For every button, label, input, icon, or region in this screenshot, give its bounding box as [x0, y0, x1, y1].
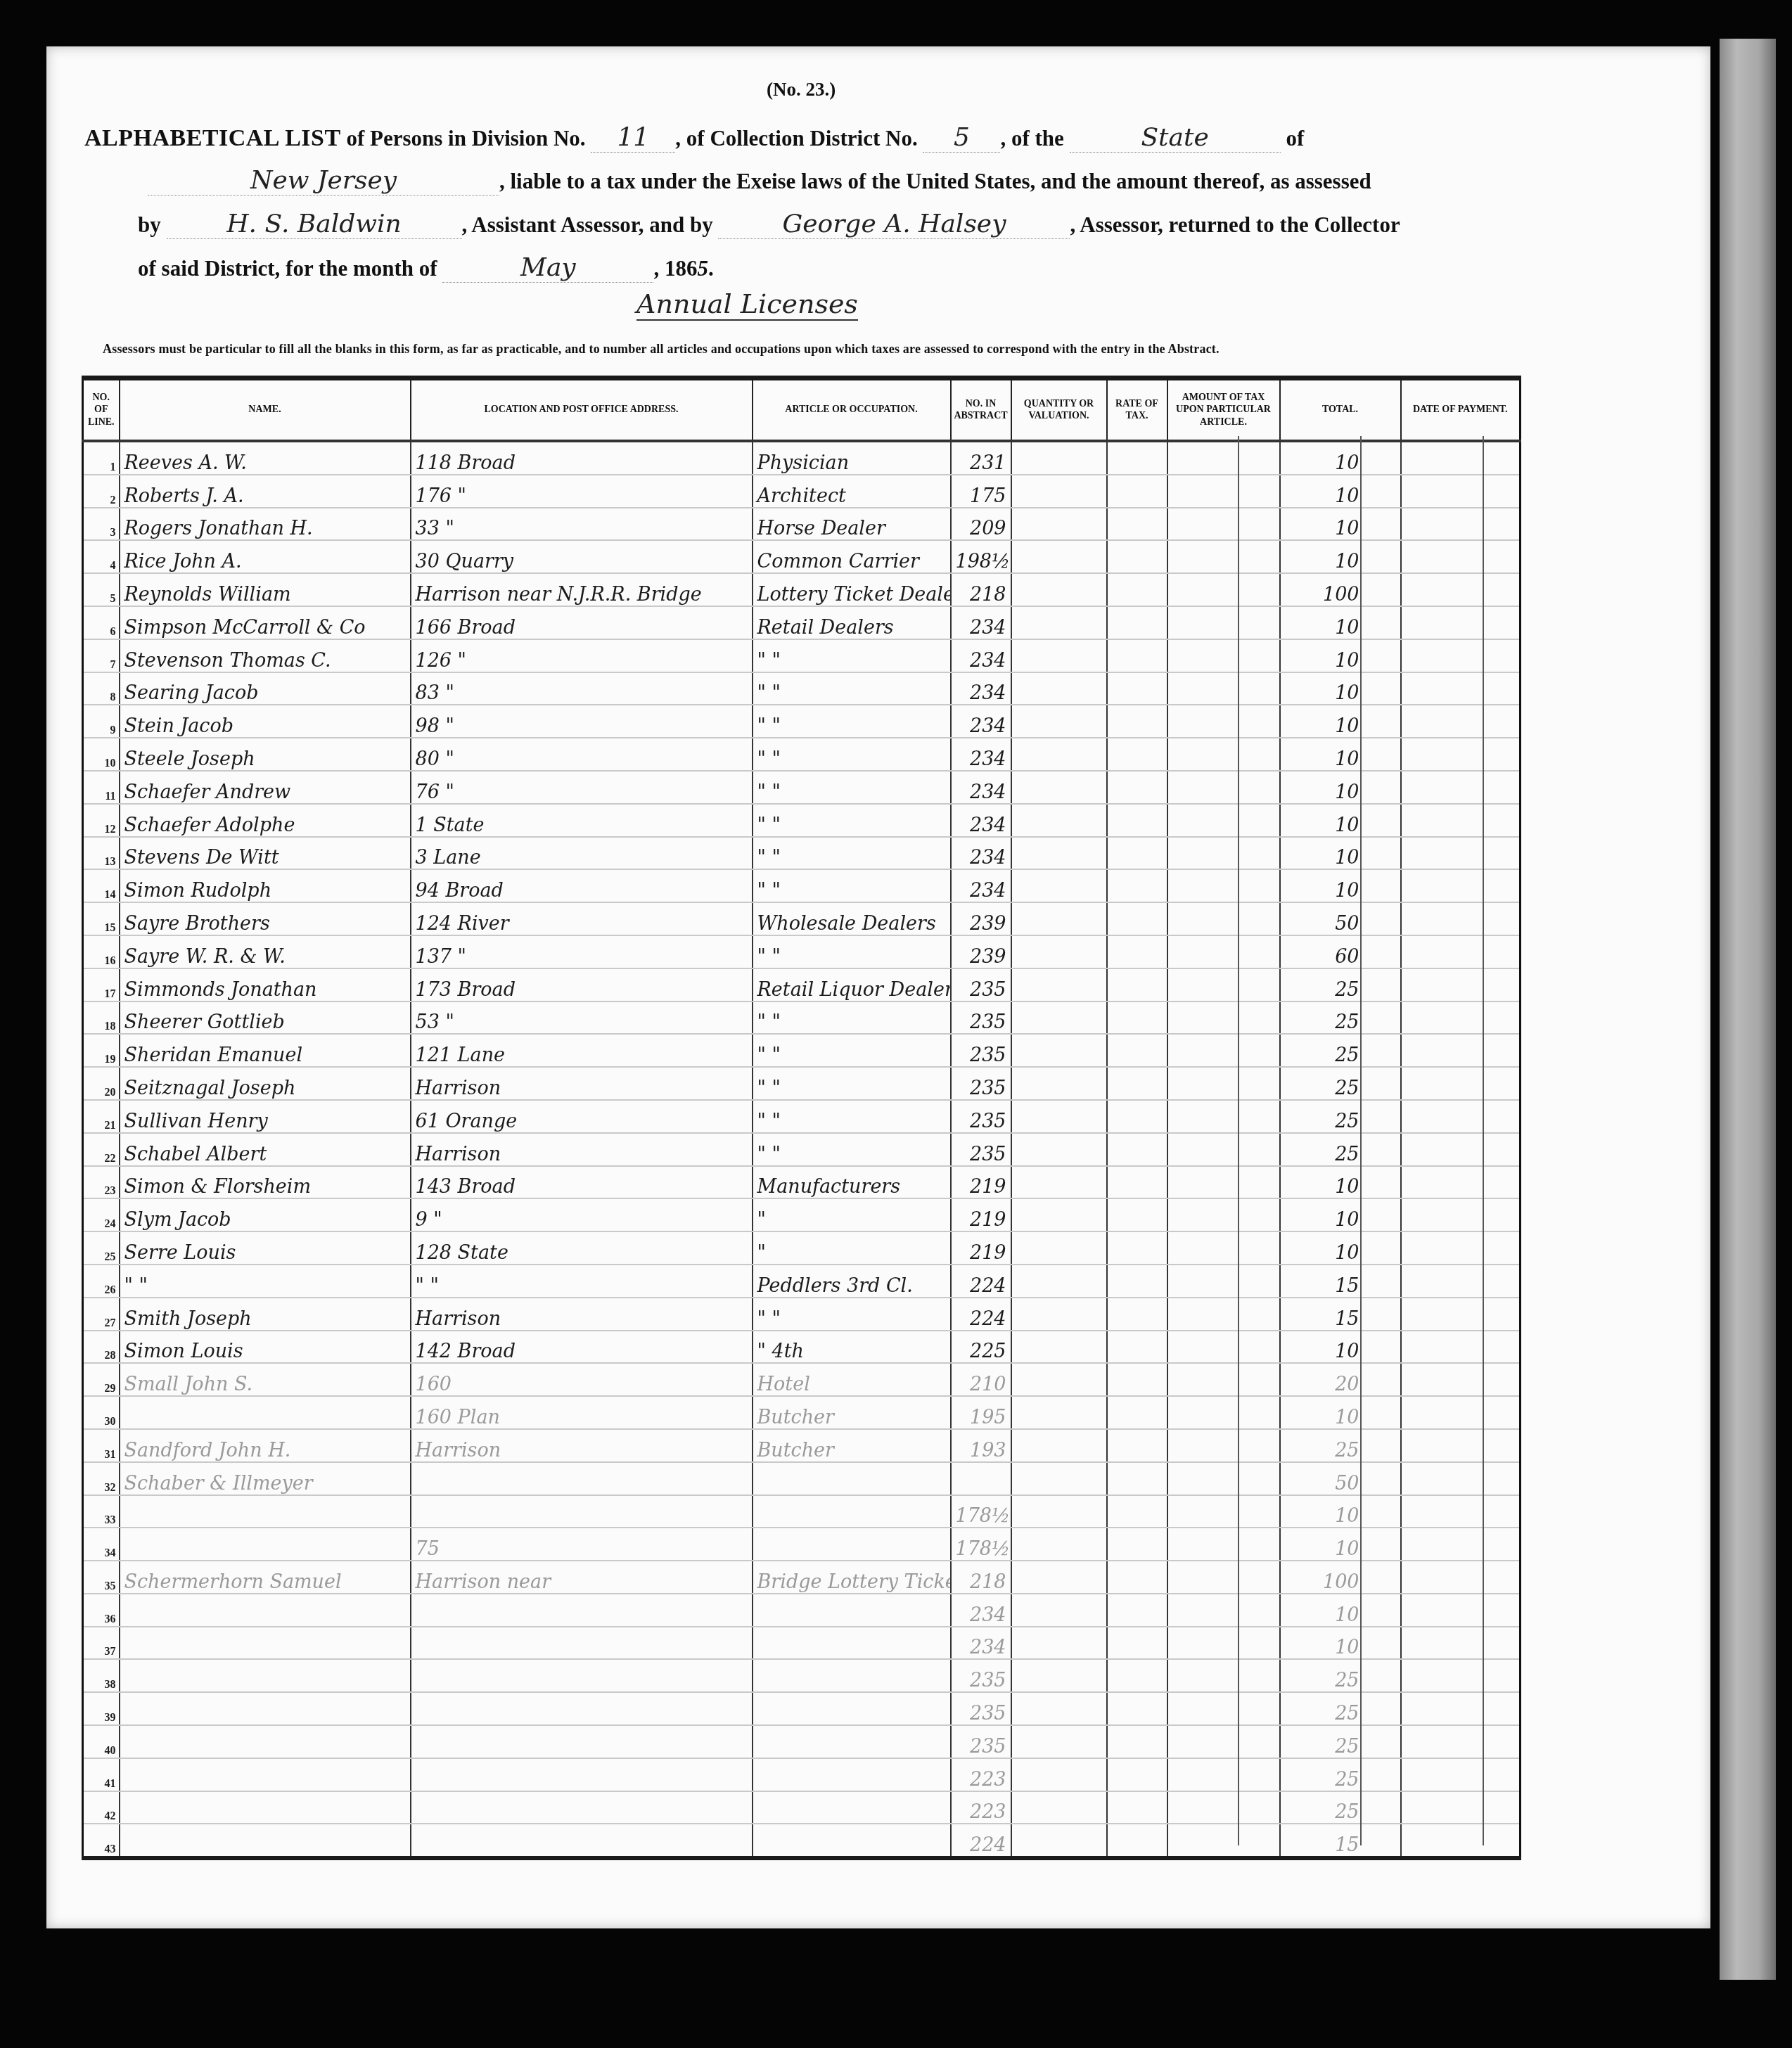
quantity-cell	[1011, 1363, 1107, 1396]
occupation-cell: " "	[753, 935, 951, 968]
abstract-no-cell: 234	[951, 837, 1011, 870]
rate-cell	[1107, 1659, 1167, 1692]
rate-cell	[1107, 902, 1167, 935]
line-number: 16	[83, 935, 120, 968]
total-cell: 25	[1280, 1692, 1401, 1725]
line-number: 40	[83, 1725, 120, 1758]
table-row: 8Searing Jacob83 "" "23410	[83, 672, 1521, 705]
line-number: 23	[83, 1166, 120, 1199]
rate-cell	[1107, 1396, 1167, 1429]
address-cell	[411, 1758, 753, 1791]
name-cell	[120, 1396, 411, 1429]
name-cell: Schermerhorn Samuel	[120, 1561, 411, 1594]
table-row: 35Schermerhorn SamuelHarrison nearBridge…	[83, 1561, 1521, 1594]
month-field: May	[442, 253, 653, 283]
line-number: 37	[83, 1627, 120, 1660]
line-number: 2	[83, 475, 120, 508]
line-number: 26	[83, 1265, 120, 1298]
line-number: 8	[83, 672, 120, 705]
line-number: 38	[83, 1659, 120, 1692]
occupation-cell	[753, 1725, 951, 1758]
assessor-field: George A. Halsey	[718, 210, 1070, 239]
table-row: 7Stevenson Thomas C.126 "" "23410	[83, 639, 1521, 672]
line-number: 4	[83, 540, 120, 573]
quantity-cell	[1011, 1133, 1107, 1166]
amount-cell	[1167, 1231, 1280, 1265]
quantity-cell	[1011, 804, 1107, 837]
total-cell: 10	[1280, 441, 1401, 475]
date-payment-cell	[1401, 705, 1521, 738]
col-header-quantity: Quantity or Valuation.	[1011, 378, 1107, 442]
date-payment-cell	[1401, 902, 1521, 935]
quantity-cell	[1011, 606, 1107, 639]
abstract-no-cell: 224	[951, 1824, 1011, 1858]
occupation-cell: "	[753, 1198, 951, 1231]
occupation-cell: " "	[753, 1034, 951, 1067]
total-cell: 10	[1280, 1528, 1401, 1561]
total-cell: 25	[1280, 1429, 1401, 1462]
line-number: 7	[83, 639, 120, 672]
quantity-cell	[1011, 1758, 1107, 1791]
date-payment-cell	[1401, 508, 1521, 541]
occupation-cell: Physician	[753, 441, 951, 475]
date-payment-cell	[1401, 935, 1521, 968]
total-cell: 10	[1280, 1594, 1401, 1627]
address-cell: 118 Broad	[411, 441, 753, 475]
total-cell: 25	[1280, 1133, 1401, 1166]
abstract-no-cell: 218	[951, 1561, 1011, 1594]
line-number: 12	[83, 804, 120, 837]
quantity-cell	[1011, 1100, 1107, 1133]
quantity-cell	[1011, 1001, 1107, 1035]
address-cell: 143 Broad	[411, 1166, 753, 1199]
occupation-cell	[753, 1824, 951, 1858]
table-row: 4322415	[83, 1824, 1521, 1858]
line-number: 43	[83, 1824, 120, 1858]
date-payment-cell	[1401, 1100, 1521, 1133]
abstract-no-cell: 234	[951, 705, 1011, 738]
rate-cell	[1107, 1594, 1167, 1627]
abstract-no-cell: 235	[951, 1692, 1011, 1725]
address-cell: 3 Lane	[411, 837, 753, 870]
quantity-cell	[1011, 1791, 1107, 1824]
total-cell: 10	[1280, 606, 1401, 639]
total-cell: 50	[1280, 902, 1401, 935]
address-cell: Harrison	[411, 1133, 753, 1166]
amount-cell	[1167, 1298, 1280, 1331]
line-number: 30	[83, 1396, 120, 1429]
occupation-cell	[753, 1692, 951, 1725]
address-cell: 124 River	[411, 902, 753, 935]
date-payment-cell	[1401, 1331, 1521, 1364]
date-payment-cell	[1401, 1692, 1521, 1725]
total-cell: 25	[1280, 1067, 1401, 1100]
address-cell	[411, 1824, 753, 1858]
table-row: 29Small John S.160Hotel21020	[83, 1363, 1521, 1396]
table-row: 23Simon & Florsheim143 BroadManufacturer…	[83, 1166, 1521, 1199]
occupation-cell	[753, 1627, 951, 1660]
line-number: 5	[83, 573, 120, 606]
amount-cents-divider	[1238, 436, 1239, 1845]
abstract-no-cell: 234	[951, 1594, 1011, 1627]
name-cell	[120, 1528, 411, 1561]
line-number: 24	[83, 1198, 120, 1231]
name-cell: Simpson McCarroll & Co	[120, 606, 411, 639]
form-number: (No. 23.)	[767, 79, 836, 101]
amount-cell	[1167, 1627, 1280, 1660]
col-header-total: Total.	[1280, 378, 1401, 442]
name-cell: Sullivan Henry	[120, 1100, 411, 1133]
address-cell: Harrison near	[411, 1561, 753, 1594]
total-cell: 10	[1280, 540, 1401, 573]
occupation-cell: " "	[753, 837, 951, 870]
quantity-cell	[1011, 573, 1107, 606]
address-cell: 142 Broad	[411, 1331, 753, 1364]
occupation-cell: Lottery Ticket Dealer	[753, 573, 951, 606]
amount-cell	[1167, 1034, 1280, 1067]
total-cents-divider	[1360, 436, 1362, 1845]
address-cell: 160	[411, 1363, 753, 1396]
total-cell: 10	[1280, 869, 1401, 902]
date-payment-cell	[1401, 1298, 1521, 1331]
name-cell: Schaefer Adolphe	[120, 804, 411, 837]
line-number: 32	[83, 1462, 120, 1495]
table-row: 21Sullivan Henry61 Orange" "23525	[83, 1100, 1521, 1133]
abstract-no-cell: 178½	[951, 1495, 1011, 1528]
abstract-no-cell: 210	[951, 1363, 1011, 1396]
amount-cell	[1167, 1331, 1280, 1364]
line-number: 42	[83, 1791, 120, 1824]
occupation-cell: "	[753, 1231, 951, 1265]
abstract-no-cell: 235	[951, 1067, 1011, 1100]
date-payment-cell	[1401, 1034, 1521, 1067]
table-row: 10Steele Joseph80 "" "23410	[83, 738, 1521, 771]
address-cell: 1 State	[411, 804, 753, 837]
occupation-cell: " "	[753, 1001, 951, 1035]
col-header-name: Name.	[120, 378, 411, 442]
table-row: 3723410	[83, 1627, 1521, 1660]
amount-cell	[1167, 1692, 1280, 1725]
name-cell: Serre Louis	[120, 1231, 411, 1265]
amount-cell	[1167, 1528, 1280, 1561]
name-cell: Smith Joseph	[120, 1298, 411, 1331]
amount-cell	[1167, 441, 1280, 475]
name-cell: Stevenson Thomas C.	[120, 639, 411, 672]
name-cell: Small John S.	[120, 1363, 411, 1396]
quantity-cell	[1011, 1198, 1107, 1231]
abstract-no-cell: 239	[951, 902, 1011, 935]
table-row: 33178½10	[83, 1495, 1521, 1528]
line-number: 22	[83, 1133, 120, 1166]
address-cell: 126 "	[411, 639, 753, 672]
date-payment-cell	[1401, 771, 1521, 804]
amount-cell	[1167, 935, 1280, 968]
date-payment-cell	[1401, 475, 1521, 508]
date-payment-cell	[1401, 738, 1521, 771]
line-number: 3	[83, 508, 120, 541]
occupation-cell: " "	[753, 738, 951, 771]
name-cell: Simon Louis	[120, 1331, 411, 1364]
name-cell	[120, 1692, 411, 1725]
occupation-cell	[753, 1495, 951, 1528]
table-row: 26" "" "Peddlers 3rd Cl.22415	[83, 1265, 1521, 1298]
amount-cell	[1167, 1166, 1280, 1199]
header-line-3: by H. S. Baldwin, Assistant Assessor, an…	[138, 210, 1400, 239]
rate-cell	[1107, 606, 1167, 639]
header-line-4: of said District, for the month of May, …	[138, 253, 714, 283]
table-row: 3823525	[83, 1659, 1521, 1692]
line-number: 34	[83, 1528, 120, 1561]
address-cell: 33 "	[411, 508, 753, 541]
address-cell	[411, 1725, 753, 1758]
assessment-table: No. of Line. Name. Location and Post Off…	[82, 376, 1521, 1860]
occupation-cell	[753, 1528, 951, 1561]
address-cell: " "	[411, 1265, 753, 1298]
col-header-rate: Rate of Tax.	[1107, 378, 1167, 442]
total-cell: 100	[1280, 573, 1401, 606]
quantity-cell	[1011, 1462, 1107, 1495]
rate-cell	[1107, 1725, 1167, 1758]
date-payment-cell	[1401, 837, 1521, 870]
occupation-cell: " "	[753, 1100, 951, 1133]
occupation-cell: Bridge Lottery Ticket Dealers	[753, 1561, 951, 1594]
quantity-cell	[1011, 869, 1107, 902]
col-header-line-no: No. of Line.	[83, 378, 120, 442]
total-cell: 10	[1280, 508, 1401, 541]
occupation-cell: Peddlers 3rd Cl.	[753, 1265, 951, 1298]
quantity-cell	[1011, 1561, 1107, 1594]
occupation-cell: " "	[753, 1298, 951, 1331]
document-title: ALPHABETICAL LIST	[84, 125, 341, 151]
name-cell: Sayre W. R. & W.	[120, 935, 411, 968]
quantity-cell	[1011, 1396, 1107, 1429]
rate-cell	[1107, 705, 1167, 738]
line-number: 27	[83, 1298, 120, 1331]
col-header-date-payment: Date of Payment.	[1401, 378, 1521, 442]
name-cell: Schabel Albert	[120, 1133, 411, 1166]
date-payment-cell	[1401, 1001, 1521, 1035]
abstract-no-cell: 198½	[951, 540, 1011, 573]
col-header-amount: Amount of Tax upon particular Article.	[1167, 378, 1280, 442]
quantity-cell	[1011, 1429, 1107, 1462]
amount-cell	[1167, 1265, 1280, 1298]
table-row: 17Simmonds Jonathan173 BroadRetail Liquo…	[83, 968, 1521, 1001]
occupation-cell: " 4th	[753, 1331, 951, 1364]
address-cell: 137 "	[411, 935, 753, 968]
amount-cell	[1167, 1396, 1280, 1429]
name-cell	[120, 1791, 411, 1824]
line-number: 17	[83, 968, 120, 1001]
address-cell	[411, 1627, 753, 1660]
table-row: 4023525	[83, 1725, 1521, 1758]
rate-cell	[1107, 1758, 1167, 1791]
address-cell: Harrison	[411, 1429, 753, 1462]
address-cell: 83 "	[411, 672, 753, 705]
quantity-cell	[1011, 1692, 1107, 1725]
total-cell: 10	[1280, 771, 1401, 804]
occupation-cell: " "	[753, 639, 951, 672]
occupation-cell: Architect	[753, 475, 951, 508]
address-cell: Harrison	[411, 1067, 753, 1100]
rate-cell	[1107, 1627, 1167, 1660]
name-cell: Stein Jacob	[120, 705, 411, 738]
table-row: 11Schaefer Andrew76 "" "23410	[83, 771, 1521, 804]
address-cell: 9 "	[411, 1198, 753, 1231]
abstract-no-cell: 231	[951, 441, 1011, 475]
line-number: 18	[83, 1001, 120, 1035]
date-payment-cell	[1401, 968, 1521, 1001]
table-body: 1Reeves A. W.118 BroadPhysician231102Rob…	[83, 441, 1521, 1858]
rate-cell	[1107, 1298, 1167, 1331]
quantity-cell	[1011, 441, 1107, 475]
total-cell: 10	[1280, 475, 1401, 508]
quantity-cell	[1011, 935, 1107, 968]
quantity-cell	[1011, 1265, 1107, 1298]
total-cell: 10	[1280, 1198, 1401, 1231]
amount-cell	[1167, 1001, 1280, 1035]
address-cell	[411, 1692, 753, 1725]
occupation-cell: " "	[753, 771, 951, 804]
abstract-no-cell: 234	[951, 639, 1011, 672]
line-number: 14	[83, 869, 120, 902]
date-payment-cell	[1401, 639, 1521, 672]
quantity-cell	[1011, 771, 1107, 804]
name-cell: Roberts J. A.	[120, 475, 411, 508]
date-payment-cell	[1401, 1396, 1521, 1429]
rate-cell	[1107, 672, 1167, 705]
amount-cell	[1167, 508, 1280, 541]
rate-cell	[1107, 1429, 1167, 1462]
amount-cell	[1167, 968, 1280, 1001]
date-payment-cell	[1401, 606, 1521, 639]
address-cell	[411, 1495, 753, 1528]
rate-cell	[1107, 1561, 1167, 1594]
date-payment-cell	[1401, 1462, 1521, 1495]
rate-cell	[1107, 1166, 1167, 1199]
abstract-no-cell: 235	[951, 1001, 1011, 1035]
abstract-no-cell: 219	[951, 1231, 1011, 1265]
col-header-abstract-no: No. in Abstract	[951, 378, 1011, 442]
occupation-cell	[753, 1791, 951, 1824]
name-cell: Sayre Brothers	[120, 902, 411, 935]
address-cell	[411, 1594, 753, 1627]
address-cell: 53 "	[411, 1001, 753, 1035]
total-cell: 15	[1280, 1265, 1401, 1298]
name-cell: Sandford John H.	[120, 1429, 411, 1462]
rate-cell	[1107, 1231, 1167, 1265]
scanner-edge-strip	[1720, 39, 1776, 1980]
rate-cell	[1107, 1791, 1167, 1824]
abstract-no-cell: 234	[951, 1627, 1011, 1660]
abstract-no-cell: 209	[951, 508, 1011, 541]
amount-cell	[1167, 475, 1280, 508]
annual-licenses-annotation: Annual Licenses	[636, 288, 858, 321]
table-row: 5Reynolds WilliamHarrison near N.J.R.R. …	[83, 573, 1521, 606]
rate-cell	[1107, 935, 1167, 968]
date-payment-cell	[1401, 1791, 1521, 1824]
total-cell: 50	[1280, 1462, 1401, 1495]
line-number: 35	[83, 1561, 120, 1594]
line-number: 1	[83, 441, 120, 475]
abstract-no-cell: 195	[951, 1396, 1011, 1429]
abstract-no-cell: 235	[951, 1659, 1011, 1692]
occupation-cell: Wholesale Dealers	[753, 902, 951, 935]
abstract-no-cell: 234	[951, 869, 1011, 902]
total-cell: 10	[1280, 672, 1401, 705]
amount-cell	[1167, 606, 1280, 639]
address-cell: 30 Quarry	[411, 540, 753, 573]
quantity-cell	[1011, 837, 1107, 870]
total-cell: 10	[1280, 705, 1401, 738]
abstract-no-cell: 218	[951, 573, 1011, 606]
amount-cell	[1167, 1100, 1280, 1133]
rate-cell	[1107, 1363, 1167, 1396]
date-payment-cell	[1401, 540, 1521, 573]
table-row: 28Simon Louis142 Broad" 4th22510	[83, 1331, 1521, 1364]
abstract-no-cell: 193	[951, 1429, 1011, 1462]
total-cell: 10	[1280, 639, 1401, 672]
rate-cell	[1107, 968, 1167, 1001]
occupation-cell: " "	[753, 869, 951, 902]
total-cell: 25	[1280, 1034, 1401, 1067]
table-row: 16Sayre W. R. & W.137 "" "23960	[83, 935, 1521, 968]
quantity-cell	[1011, 1725, 1107, 1758]
address-cell: Harrison near N.J.R.R. Bridge	[411, 573, 753, 606]
division-number-field: 11	[591, 123, 675, 153]
name-cell	[120, 1594, 411, 1627]
abstract-no-cell: 224	[951, 1265, 1011, 1298]
abstract-no-cell: 235	[951, 1133, 1011, 1166]
date-payment-cell	[1401, 1758, 1521, 1791]
amount-cell	[1167, 1561, 1280, 1594]
occupation-cell: Retail Dealers	[753, 606, 951, 639]
header-line-2: New Jersey, liable to a tax under the Ex…	[148, 166, 1371, 196]
address-cell: 160 Plan	[411, 1396, 753, 1429]
line-number: 28	[83, 1331, 120, 1364]
total-cell: 10	[1280, 1627, 1401, 1660]
quantity-cell	[1011, 508, 1107, 541]
table-row: 24Slym Jacob9 ""21910	[83, 1198, 1521, 1231]
table-row: 18Sheerer Gottlieb53 "" "23525	[83, 1001, 1521, 1035]
table-row: 31Sandford John H.HarrisonButcher19325	[83, 1429, 1521, 1462]
quantity-cell	[1011, 1627, 1107, 1660]
line-number: 19	[83, 1034, 120, 1067]
address-cell: 61 Orange	[411, 1100, 753, 1133]
quantity-cell	[1011, 1659, 1107, 1692]
abstract-no-cell: 219	[951, 1166, 1011, 1199]
date-payment-cell	[1401, 1198, 1521, 1231]
rate-cell	[1107, 1034, 1167, 1067]
date-payment-cell	[1401, 1528, 1521, 1561]
occupation-cell	[753, 1594, 951, 1627]
quantity-cell	[1011, 1528, 1107, 1561]
abstract-no-cell: 223	[951, 1758, 1011, 1791]
date-payment-cell	[1401, 573, 1521, 606]
assistant-assessor-field: H. S. Baldwin	[167, 210, 462, 239]
amount-cell	[1167, 1133, 1280, 1166]
address-cell: 98 "	[411, 705, 753, 738]
total-cell: 100	[1280, 1561, 1401, 1594]
address-cell: 128 State	[411, 1231, 753, 1265]
occupation-cell: Butcher	[753, 1396, 951, 1429]
occupation-cell: " "	[753, 1133, 951, 1166]
address-cell: 80 "	[411, 738, 753, 771]
total-cell: 25	[1280, 1001, 1401, 1035]
table-row: 3623410	[83, 1594, 1521, 1627]
rate-cell	[1107, 1331, 1167, 1364]
abstract-no-cell: 175	[951, 475, 1011, 508]
date-payment-cell	[1401, 1265, 1521, 1298]
